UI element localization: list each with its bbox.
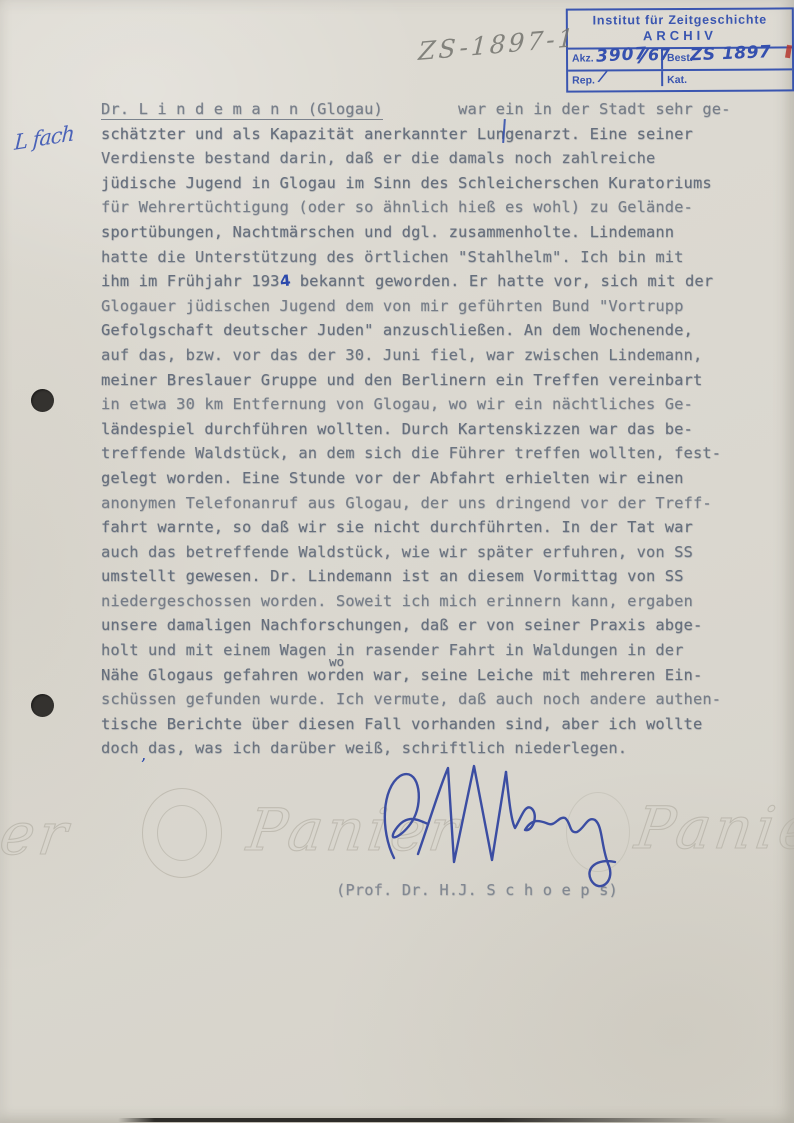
- typed-line-heading-rest: war ein in der Stadt sehr ge-: [383, 100, 731, 118]
- typed-line: ihm im Frühjahr 1934 bekannt geworden. E…: [101, 269, 761, 294]
- watermark-text-left: ier: [0, 800, 75, 868]
- stamp-archiv-label: ARCHIV: [568, 27, 792, 43]
- watermark-text-right: Panier: [631, 794, 794, 862]
- typed-line: sportübungen, Nachtmärschen und dgl. zus…: [101, 220, 761, 245]
- typed-line: unsere damaligen Nachforschungen, daß er…: [101, 613, 761, 638]
- signature-caption: (Prof. Dr. H.J. S c h o e p s): [336, 881, 618, 899]
- typed-line-part: Nähe Glogaus gefahren worden war, seine …: [101, 666, 702, 684]
- typed-line: fahrt warnte, so daß wir sie nicht durch…: [101, 515, 761, 540]
- stamp-akz-year-handwritten: 67: [648, 45, 671, 65]
- typed-line: treffende Waldstück, an dem sich die Füh…: [101, 441, 761, 466]
- stamp-kat-cell: Kat.: [663, 70, 792, 86]
- typed-insertion-above: wo: [329, 650, 344, 675]
- typed-line: Nähe Glogaus gefahren worden war, seine …: [101, 663, 761, 688]
- archive-stamp: Institut für Zeitgeschichte ARCHIV Akz. …: [566, 7, 794, 92]
- stamp-kat-label: Kat.: [667, 74, 687, 86]
- inserted-comma-mark: ,: [141, 745, 146, 765]
- typed-line: niedergeschossen worden. Soweit ich mich…: [101, 589, 761, 614]
- typed-line: anonymen Telefonanruf aus Glogau, der un…: [101, 491, 761, 516]
- typewritten-text-block: Dr. L i n d e m a n n (Glogau) war ein i…: [101, 97, 761, 761]
- scanned-document-page: ier Panier Panier Institut für Zeitgesch…: [0, 0, 794, 1123]
- typed-line: schätzter und als Kapazität anerkannter …: [101, 122, 761, 147]
- hole-punch-top: [31, 389, 54, 412]
- stamp-akz-label: Akz.: [572, 52, 594, 64]
- stamp-institution: Institut für Zeitgeschichte: [568, 12, 792, 27]
- typed-line: gelegt worden. Eine Stunde vor der Abfah…: [101, 466, 761, 491]
- typed-line-part: bekannt geworden. Er hatte vor, sich mit…: [290, 272, 713, 290]
- typed-line: hatte die Unterstützung des örtlichen "S…: [101, 245, 761, 270]
- margin-ink-note: L fach: [14, 121, 75, 155]
- typed-line: auf das, bzw. vor das der 30. Juni fiel,…: [101, 343, 761, 368]
- typed-line: holt und mit einem Wagen in rasender Fah…: [101, 638, 761, 663]
- pencil-reference-note: ZS-1897-1: [418, 23, 578, 66]
- typed-line: jüdische Jugend in Glogau im Sinn des Sc…: [101, 171, 761, 196]
- stamp-row-rep-kat: Rep. Kat. /: [568, 70, 792, 86]
- typed-line: ländespiel durchführen wollten. Durch Ka…: [101, 417, 761, 442]
- typed-line: tische Berichte über diesen Fall vorhand…: [101, 712, 761, 737]
- typed-line: umstellt gewesen. Dr. Lindemann ist an d…: [101, 564, 761, 589]
- typed-line: schüssen gefunden wurde. Ich vermute, da…: [101, 687, 761, 712]
- stamp-rep-cell: Rep.: [568, 71, 663, 86]
- typed-line-heading-underlined: Dr. L i n d e m a n n (Glogau): [101, 100, 383, 120]
- typed-line: Gefolgschaft deutscher Juden" anzuschlie…: [101, 318, 761, 343]
- typed-line: doch das, was ich darüber weiß, schriftl…: [101, 736, 761, 761]
- stamp-best-label: Best.: [667, 52, 693, 64]
- hole-punch-bottom: [31, 694, 54, 717]
- typed-line: in etwa 30 km Entfernung von Glogau, wo …: [101, 392, 761, 417]
- handwritten-year-digit: 4: [278, 269, 291, 295]
- typed-line-part: ihm im Frühjahr 193: [101, 272, 280, 290]
- scan-edge-artifact: [118, 1118, 728, 1123]
- typed-line: auch das betreffende Waldstück, wie wir …: [101, 540, 761, 565]
- typed-line: meiner Breslauer Gruppe und den Berliner…: [101, 368, 761, 393]
- typed-line: für Wehrertüchtigung (oder so ähnlich hi…: [101, 195, 761, 220]
- typed-line: Dr. L i n d e m a n n (Glogau) war ein i…: [101, 97, 761, 122]
- watermark-emblem-icon: [142, 788, 222, 878]
- stamp-rep-label: Rep.: [572, 74, 595, 86]
- stamp-best-value-handwritten: ZS 1897: [690, 42, 772, 65]
- typed-line: Verdienste bestand darin, daß er die dam…: [101, 146, 761, 171]
- typed-line: Glogauer jüdischen Jugend dem von mir ge…: [101, 294, 761, 319]
